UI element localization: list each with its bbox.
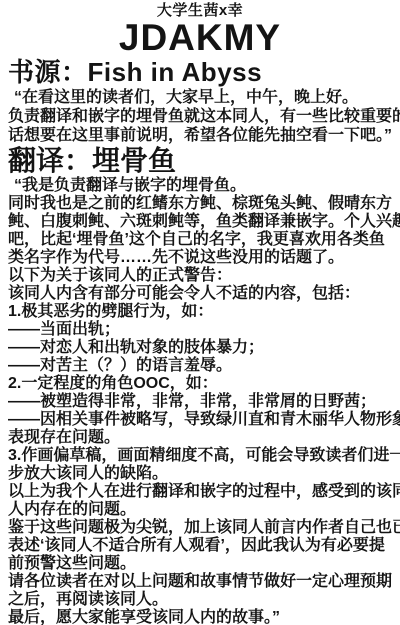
note-line: 吧，比起‘埋骨鱼’这个自己的名字，我更喜欢用各类鱼 <box>8 231 395 249</box>
note-line: 步放大该同人的缺陷。 <box>8 465 395 483</box>
note-line: 前预警这些问题。 <box>8 555 395 573</box>
note-line: 人内存在的问题。 <box>8 501 395 519</box>
translator-notice-page: 大学生茜x幸 JDAKMY 书源：Fish in Abyss “在看这里的读者们… <box>0 0 400 625</box>
note-line: 鲀、白腹刺鲀、六斑刺鲀等，鱼类翻译兼嵌字。个人兴趣 <box>8 213 395 231</box>
note-line: “我是负责翻译与嵌字的埋骨鱼。 <box>8 177 395 195</box>
note-line: 该同人内含有部分可能会令人不适的内容，包括： <box>8 285 395 303</box>
intro-paragraph: “在看这里的读者们，大家早上，中午，晚上好。 负责翻译和嵌字的埋骨鱼就这本同人，… <box>0 88 400 145</box>
translator-note: “我是负责翻译与嵌字的埋骨鱼。 同时我也是之前的红鳍东方鲀、棕斑兔头鲀、假晴东方… <box>0 177 400 625</box>
note-line: 2.一定程度的角色OOC，如： <box>8 375 395 393</box>
translator-heading: 翻译：埋骨鱼 <box>0 146 400 176</box>
note-line: 类名字作为代号……先不说这些没用的话题了。 <box>8 249 395 267</box>
main-title: JDAKMY <box>0 19 400 57</box>
note-line: 之后，再阅读该同人。 <box>8 591 395 609</box>
note-line: 最后，愿大家能享受该同人内的故事。” <box>8 609 395 625</box>
note-line: ——对恋人和出轨对象的肢体暴力； <box>8 339 395 357</box>
note-line: 请各位读者在对以上问题和故事情节做好一定心理预期 <box>8 573 395 591</box>
note-line: 同时我也是之前的红鳍东方鲀、棕斑兔头鲀、假晴东方 <box>8 195 395 213</box>
note-line: ——因相关事件被略写，导致绿川直和青木丽华人物形象 <box>8 411 395 429</box>
note-line: ——对苦主（？）的语言羞辱。 <box>8 357 395 375</box>
note-line: 鉴于这些问题极为尖锐，加上该同人前言内作者自己也已 <box>8 519 395 537</box>
note-line: 表述‘该同人不适合所有人观看’，因此我认为有必要提 <box>8 537 395 555</box>
note-line: 1.极其恶劣的劈腿行为，如： <box>8 303 395 321</box>
intro-line: 话想要在这里事前说明，希望各位能先抽空看一下吧。” <box>8 126 395 145</box>
note-line: 3.作画偏草稿，画面精细度不高，可能会导致读者们进一 <box>8 447 395 465</box>
note-line: ——当面出轨； <box>8 321 395 339</box>
note-line: ——被塑造得非常，非常，非常，非常屑的日野茜； <box>8 393 395 411</box>
note-line: 以下为关于该同人的正式警告： <box>8 267 395 285</box>
intro-line: “在看这里的读者们，大家早上，中午，晚上好。 <box>8 88 395 107</box>
note-line: 以上为我个人在进行翻译和嵌字的过程中，感受到的该同 <box>8 483 395 501</box>
source-heading: 书源：Fish in Abyss <box>0 57 400 88</box>
intro-line: 负责翻译和嵌字的埋骨鱼就这本同人，有一些比较重要的 <box>8 107 395 126</box>
note-line: 表现存在问题。 <box>8 429 395 447</box>
